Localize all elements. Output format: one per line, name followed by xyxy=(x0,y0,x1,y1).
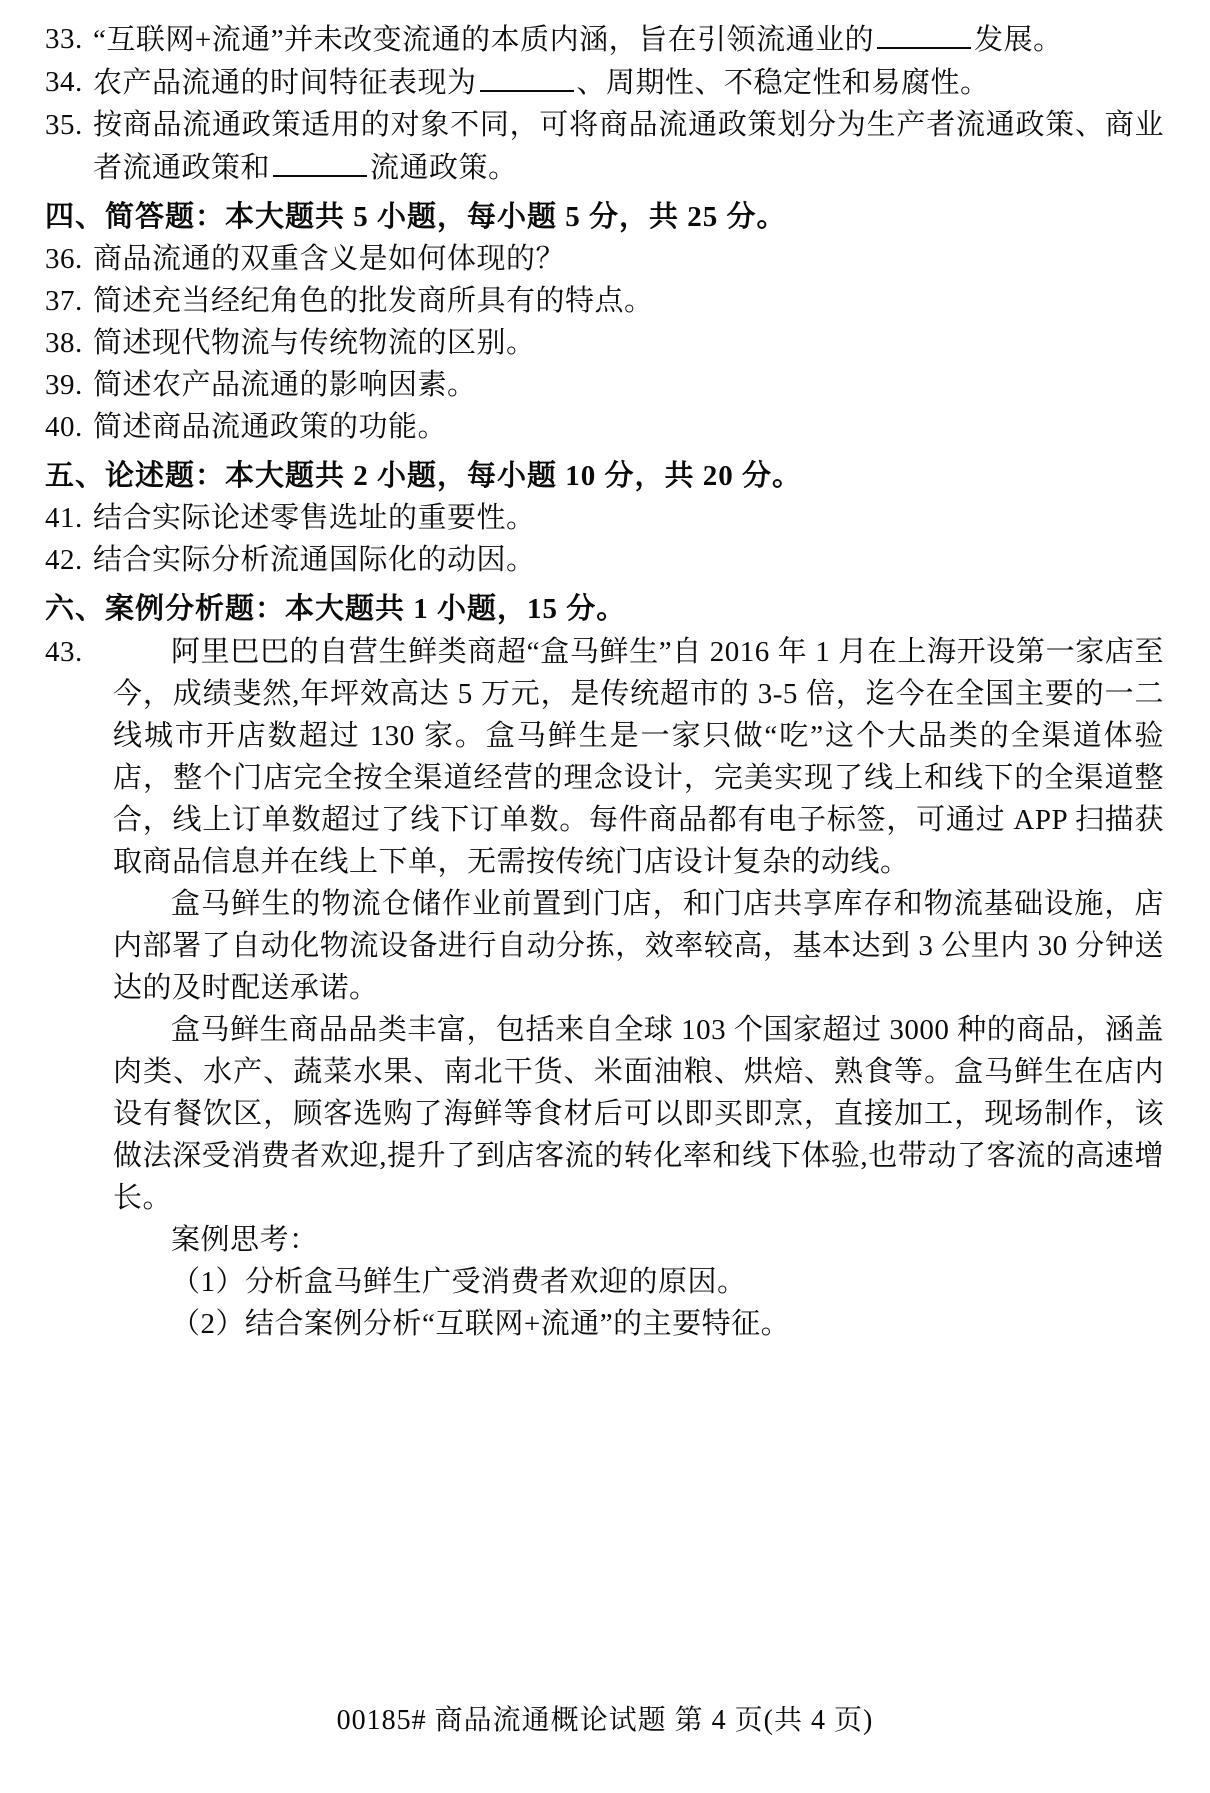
exam-content: 33. “互联网+流通”并未改变流通的本质内涵，旨在引领流通业的发展。 34. … xyxy=(45,18,1164,1345)
question-42: 42. 结合实际分析流通国际化的动因。 xyxy=(45,539,1164,581)
question-text: 简述现代物流与传统物流的区别。 xyxy=(93,322,1164,364)
question-38: 38. 简述现代物流与传统物流的区别。 xyxy=(45,322,1164,364)
question-number: 41. xyxy=(45,497,93,539)
question-43: 43. 阿里巴巴的自营生鲜类商超“盒马鲜生”自 2016 年 1 月在上海开设第… xyxy=(45,631,1164,1345)
answer-blank xyxy=(480,61,574,92)
question-text: 简述充当经纪角色的批发商所具有的特点。 xyxy=(93,280,1164,322)
question-text: 简述商品流通政策的功能。 xyxy=(93,406,1164,448)
question-text: 结合实际论述零售选址的重要性。 xyxy=(93,497,1164,539)
question-number: 34. xyxy=(45,61,93,103)
question-39: 39. 简述农产品流通的影响因素。 xyxy=(45,364,1164,406)
question-text: “互联网+流通”并未改变流通的本质内涵，旨在引领流通业的发展。 xyxy=(93,18,1164,61)
exam-page: 33. “互联网+流通”并未改变流通的本质内涵，旨在引领流通业的发展。 34. … xyxy=(0,0,1210,1793)
question-pre-text: “互联网+流通”并未改变流通的本质内涵，旨在引领流通业的 xyxy=(93,24,874,56)
page-footer: 00185# 商品流通概论试题 第 4 页(共 4 页) xyxy=(0,1698,1210,1738)
question-number: 42. xyxy=(45,539,93,581)
case-prompt-1: （1）分析盒马鲜生广受消费者欢迎的原因。 xyxy=(113,1261,1164,1303)
question-36: 36. 商品流通的双重含义是如何体现的？ xyxy=(45,238,1164,280)
question-pre-text: 按商品流通政策适用的对象不同，可将商品流通政策划分为生产者流通政策、商业者流通政… xyxy=(93,109,1164,184)
question-34: 34. 农产品流通的时间特征表现为、周期性、不稳定性和易腐性。 xyxy=(45,61,1164,104)
question-text: 商品流通的双重含义是如何体现的？ xyxy=(93,238,1164,280)
question-text: 简述农产品流通的影响因素。 xyxy=(93,364,1164,406)
case-paragraph-2: 盒马鲜生的物流仓储作业前置到门店，和门店共享库存和物流基础设施，店内部署了自动化… xyxy=(113,883,1164,1009)
question-number: 40. xyxy=(45,406,93,448)
question-number: 38. xyxy=(45,322,93,364)
question-post-text: 流通政策。 xyxy=(370,152,518,184)
case-prompt-2: （2）结合案例分析“互联网+流通”的主要特征。 xyxy=(113,1303,1164,1345)
question-number: 35. xyxy=(45,104,93,146)
case-study-body: 阿里巴巴的自营生鲜类商超“盒马鲜生”自 2016 年 1 月在上海开设第一家店至… xyxy=(113,631,1164,1345)
question-text: 农产品流通的时间特征表现为、周期性、不稳定性和易腐性。 xyxy=(93,61,1164,104)
answer-blank xyxy=(877,18,971,49)
case-paragraph-1: 阿里巴巴的自营生鲜类商超“盒马鲜生”自 2016 年 1 月在上海开设第一家店至… xyxy=(113,631,1164,883)
case-paragraph-3: 盒马鲜生商品品类丰富，包括来自全球 103 个国家超过 3000 种的商品，涵盖… xyxy=(113,1009,1164,1219)
question-number: 33. xyxy=(45,18,93,60)
question-40: 40. 简述商品流通政策的功能。 xyxy=(45,406,1164,448)
question-post-text: 发展。 xyxy=(974,24,1063,56)
question-37: 37. 简述充当经纪角色的批发商所具有的特点。 xyxy=(45,280,1164,322)
question-33: 33. “互联网+流通”并未改变流通的本质内涵，旨在引领流通业的发展。 xyxy=(45,18,1164,61)
question-text: 结合实际分析流通国际化的动因。 xyxy=(93,539,1164,581)
question-pre-text: 农产品流通的时间特征表现为 xyxy=(93,67,477,99)
answer-blank xyxy=(273,146,367,177)
section-heading-case-analysis: 六、案例分析题：本大题共 1 小题，15 分。 xyxy=(45,588,1164,630)
question-post-text: 、周期性、不稳定性和易腐性。 xyxy=(577,67,990,99)
question-number: 37. xyxy=(45,280,93,322)
section-heading-essay: 五、论述题：本大题共 2 小题，每小题 10 分，共 20 分。 xyxy=(45,455,1164,497)
question-number: 39. xyxy=(45,364,93,406)
question-number: 43. xyxy=(45,631,83,673)
question-number: 36. xyxy=(45,238,93,280)
question-text: 按商品流通政策适用的对象不同，可将商品流通政策划分为生产者流通政策、商业者流通政… xyxy=(93,104,1164,189)
case-think-label: 案例思考： xyxy=(113,1219,1164,1261)
question-35: 35. 按商品流通政策适用的对象不同，可将商品流通政策划分为生产者流通政策、商业… xyxy=(45,104,1164,189)
section-heading-short-answer: 四、简答题：本大题共 5 小题，每小题 5 分，共 25 分。 xyxy=(45,196,1164,238)
question-41: 41. 结合实际论述零售选址的重要性。 xyxy=(45,497,1164,539)
